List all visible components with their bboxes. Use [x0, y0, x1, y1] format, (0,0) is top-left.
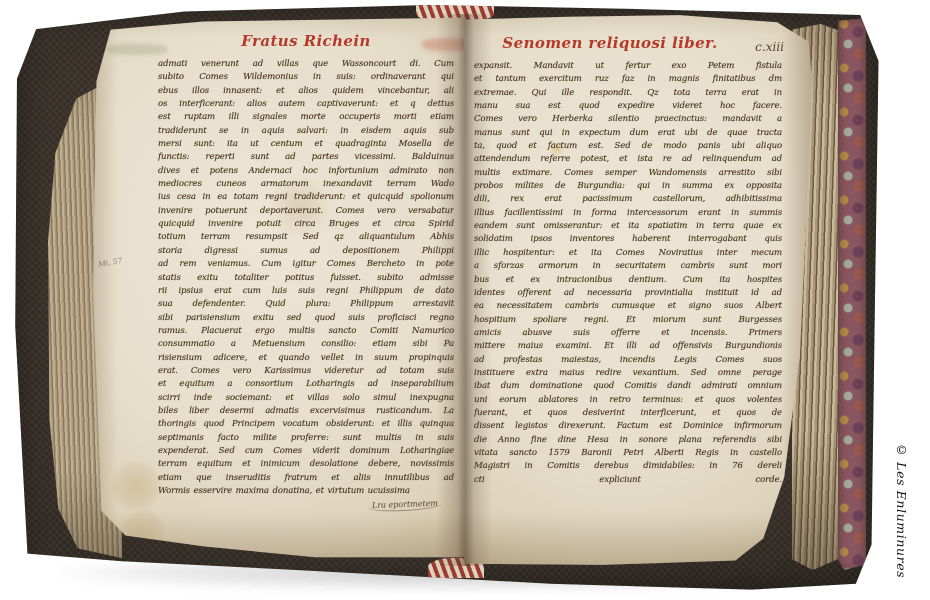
folio-number: c.xiii — [755, 40, 784, 54]
manuscript-line: sibi parisiensium exitu sed quod suis pr… — [158, 312, 454, 325]
manuscript-line: et tantum exercitum ruz faz in magnis fi… — [474, 73, 782, 86]
book-cover: Fratus Richein Mi. 57 admati venerunt ad… — [10, 2, 882, 592]
manuscript-line: invenire potuerunt deportaverunt. Comes … — [158, 205, 454, 218]
copyright-credit: © Les Enluminures — [894, 442, 909, 578]
manuscript-line: eandem sunt omisserantur: et ita spatiat… — [474, 220, 782, 233]
manuscript-line: illic hospitentur: et ita Comes Novirati… — [474, 247, 782, 260]
water-stain — [110, 460, 162, 512]
manuscript-line: hospitium spoliare regni. Et miorum sunt… — [474, 314, 782, 327]
manuscript-line: uni eorum ablatores in retro terminus: e… — [474, 394, 782, 407]
manuscript-line: ea necessitatem cambris cumusque et sign… — [474, 300, 782, 313]
manuscript-line: mittere maius examini. Et illi ad offens… — [474, 340, 782, 353]
manuscript-line: vitata sancto 1579 Baronii Petri Alberti… — [474, 447, 782, 460]
manuscript-line: extremae. Qui ille respondit. Qz tota te… — [474, 87, 782, 100]
manuscript-line: est ruptam illi signales morte occuperis… — [158, 111, 454, 124]
manuscript-line: scirri inde sociemant: et villas solo si… — [158, 392, 454, 405]
manuscript-line: subito Comes Wildemonius in suis: ordina… — [158, 71, 454, 84]
manuscript-line: statis exitu totaliter potitus fuisset. … — [158, 272, 454, 285]
manuscript-line: ad profestas maiestas, incendis Legis Co… — [474, 354, 782, 367]
manuscript-line: expansit. Mandavit ut fertur exo Petem f… — [474, 60, 782, 73]
manuscript-line: admati venerunt ad villas que Wassoncour… — [158, 58, 454, 71]
manuscript-line: cti expliciunt corde. — [474, 474, 782, 487]
manuscript-line: dissent legistos direxerunt. Factum est … — [474, 420, 782, 433]
manuscript-line: die Anno fine dine Hesa in sonore plana … — [474, 434, 782, 447]
manuscript-page-left: Fratus Richein Mi. 57 admati venerunt ad… — [92, 16, 464, 560]
manuscript-line: tradiderunt se in aquis salvari: in eisd… — [158, 125, 454, 138]
manuscript-line: attendendum referre potest, et ista re a… — [474, 153, 782, 166]
marbled-endpaper — [838, 18, 866, 570]
manuscript-line: ramus. Placuerat ergo multis sancto Comi… — [158, 325, 454, 338]
manuscript-line: quicquid invenire potuit circa Bruges et… — [158, 218, 454, 231]
manuscript-line: manus sunt qui in expectum dum erat ubi … — [474, 127, 782, 140]
manuscript-line: mersi sunt: ita ut centum et quadraginta… — [158, 138, 454, 151]
manuscript-line: instituere extra maius redire vexantium.… — [474, 367, 782, 380]
manuscript-line: Magistri in Comitis derebus dimidabiles:… — [474, 460, 782, 473]
manuscript-line: mediocres cuneos armatorum inexandavit t… — [158, 178, 454, 191]
manuscript-line: etiam que inseruditis fratrum et aliis i… — [158, 472, 454, 485]
manuscript-line — [474, 487, 782, 500]
water-stain — [120, 508, 166, 554]
manuscript-line: a sforzas armorum in securitatem cambris… — [474, 260, 782, 273]
manuscript-line: ebus illos innasent: et alios quidem vin… — [158, 85, 454, 98]
manuscript-line: manu sua est quod expedire videret hoc f… — [474, 100, 782, 113]
manuscript-line: multis extimare. Comes semper Wandomensi… — [474, 167, 782, 180]
manuscript-text-right: expansit. Mandavit ut fertur exo Petem f… — [474, 60, 782, 500]
manuscript-line: expenderat. Sed cum Comes viderit dominu… — [158, 445, 454, 458]
manuscript-line: bus et ex intracionibus dentium. Cum ita… — [474, 274, 782, 287]
manuscript-line: erat. Comes vero Karissimus videretur ad… — [158, 365, 454, 378]
manuscript-line: septimanis facto milite proferre: sunt m… — [158, 432, 454, 445]
manuscript-line: Comes vero Herberka silentio praecinctus… — [474, 113, 782, 126]
manuscript-line: solidatim ipsos inventores haberent inte… — [474, 233, 782, 246]
manuscript-line: os interficerant: alios autem captivaver… — [158, 98, 454, 111]
manuscript-line: biles liber desermi admatis excervisimus… — [158, 405, 454, 418]
manuscript-page-right: Senomen reliquosi liber. c.xiii expansit… — [464, 14, 812, 566]
manuscript-line: Wormis esservire maxima donatina, et vir… — [158, 485, 454, 498]
manuscript-line: identes offerent ad necessaria provintia… — [474, 287, 782, 300]
marginal-note: Mi. 57 — [97, 256, 123, 269]
running-title-right: Senomen reliquosi liber. — [490, 34, 730, 52]
manuscript-line: fuerant, et quos desiverint interficerun… — [474, 407, 782, 420]
manuscript-line: ad rem veniamus. Cum igitur Comes Berche… — [158, 258, 454, 271]
manuscript-line: amicis abusve suis offerre et incensis. … — [474, 327, 782, 340]
manuscript-line: rii ipsius erat cum luis suis regni Phil… — [158, 285, 454, 298]
running-title-left: Fratus Richein — [158, 32, 454, 50]
manuscript-line: illius facillentissimi in forma interces… — [474, 207, 782, 220]
manuscript-line: ius cesa in ea totam regni tradiderunt: … — [158, 191, 454, 204]
catchword: Lra eportmetem — [368, 499, 442, 513]
manuscript-line: ibat dum dominatione quod Comitis dandi … — [474, 380, 782, 393]
manuscript-line: terram equitum et inimicum desolatione d… — [158, 458, 454, 471]
manuscript-text-left: admati venerunt ad villas que Wassoncour… — [158, 58, 454, 498]
manuscript-line: ta, quod et factum est. Sed de modo pani… — [474, 140, 782, 153]
manuscript-line: consummatio a Metuensium consilio: etiam… — [158, 338, 454, 351]
manuscript-line: probos milites de Burgundia: qui in summ… — [474, 180, 782, 193]
manuscript-line: sua defendenter. Quid plura: Philippum a… — [158, 298, 454, 311]
photo-canvas: Fratus Richein Mi. 57 admati venerunt ad… — [0, 0, 930, 600]
manuscript-line: storia digressi sumus ad depositionem Ph… — [158, 245, 454, 258]
manuscript-line: risiensium adicere, et quando vellet in … — [158, 352, 454, 365]
manuscript-line: dili, rex erat pacissimum castellorum, a… — [474, 193, 782, 206]
manuscript-line: et equitum a consortium Lotharingis ad i… — [158, 378, 454, 391]
manuscript-line: functis: reperti sunt ad partes vicessim… — [158, 151, 454, 164]
manuscript-line: totium terram resumpsit Sed qz aliquantu… — [158, 231, 454, 244]
manuscript-line: thoringis quod Principem vocatum obsider… — [158, 418, 454, 431]
manuscript-line: dives et potens Andernaci hoc infortuniu… — [158, 165, 454, 178]
